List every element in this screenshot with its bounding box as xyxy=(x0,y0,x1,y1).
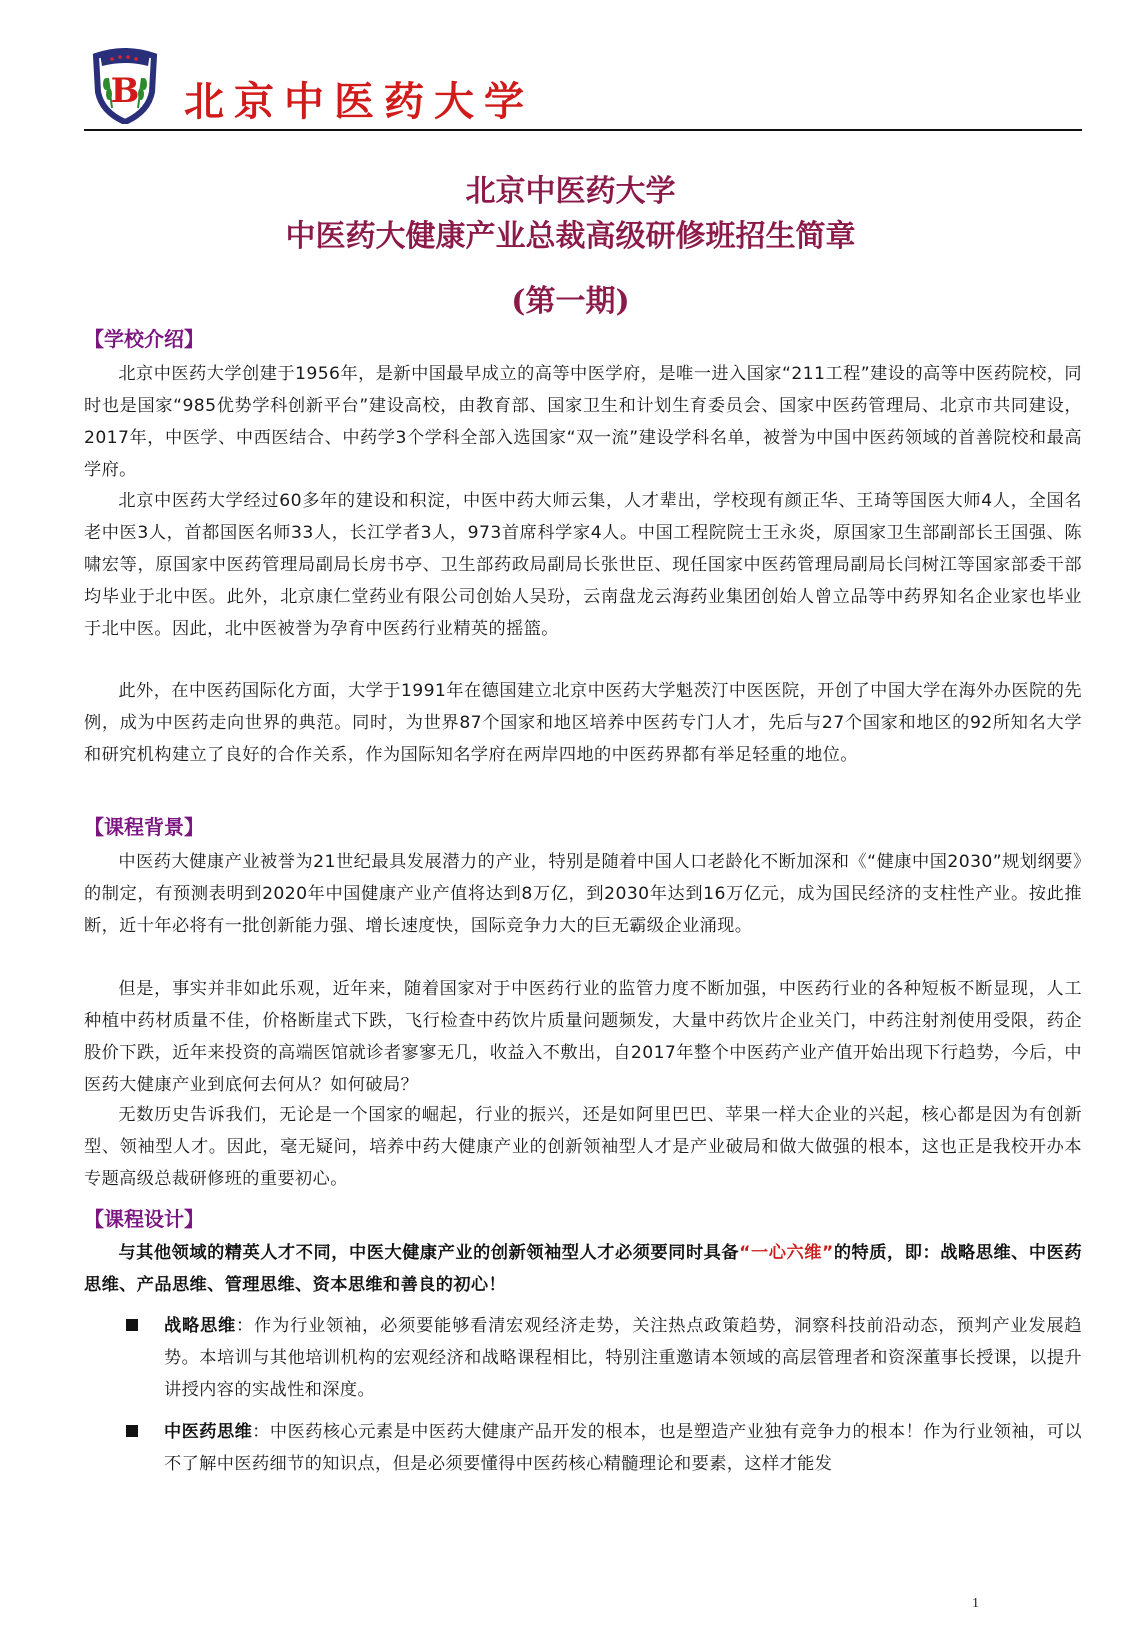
title-program: 中医药大健康产业总裁高级研修班招生简章 xyxy=(0,217,1141,257)
svg-text:B: B xyxy=(111,71,140,111)
paragraph-background-1: 中医药大健康产业被誉为21世纪最具发展潜力的产业，特别是随着中国人口老龄化不断加… xyxy=(84,846,1082,942)
bullet-text: ：中医药核心元素是中医药大健康产品开发的根本，也是塑造产业独有竞争力的根本！作为… xyxy=(164,1422,1082,1474)
section-heading-school-intro: 【学校介绍】 xyxy=(84,326,204,352)
paragraph-background-3: 无数历史告诉我们，无论是一个国家的崛起，行业的振兴，还是如阿里巴巴、苹果一样大企… xyxy=(84,1099,1082,1195)
header-divider xyxy=(84,129,1082,131)
design-intro-highlight: “一心六维” xyxy=(739,1243,834,1263)
title-session: (第一期) xyxy=(0,282,1141,322)
bullet-text: ：作为行业领袖，必须要能够看清宏观经济走势，关注热点政策趋势，洞察科技前沿动态，… xyxy=(164,1316,1082,1400)
section-heading-course-background: 【课程背景】 xyxy=(84,814,204,840)
section-heading-course-design: 【课程设计】 xyxy=(84,1206,204,1232)
paragraph-background-2: 但是，事实并非如此乐观，近年来，随着国家对于中医药行业的监管力度不断加强，中医药… xyxy=(84,973,1082,1101)
paragraph-school-intro-3: 此外，在中医药国际化方面，大学于1991年在德国建立北京中医药大学魁茨汀中医医院… xyxy=(84,675,1082,771)
design-intro-before: 与其他领域的精英人才不同，中医大健康产业的创新领袖型人才必须要同时具备 xyxy=(118,1243,739,1263)
university-shield-crest-icon: B xyxy=(92,48,158,124)
bullet-term: 中医药思维 xyxy=(164,1422,252,1442)
page-number: 1 xyxy=(972,1596,979,1612)
university-brand-name: 北京中医药大学 xyxy=(184,78,534,126)
letterhead: B 北京中医药大学 xyxy=(84,48,1084,130)
paragraph-design-intro: 与其他领域的精英人才不同，中医大健康产业的创新领袖型人才必须要同时具备“一心六维… xyxy=(84,1237,1082,1301)
paragraph-school-intro-1: 北京中医药大学创建于1956年，是新中国最早成立的高等中医学府，是唯一进入国家“… xyxy=(84,358,1082,486)
document-page: B 北京中医药大学 北京中医药大学 中医药大健康产业总裁高级研修班招生简章 (第… xyxy=(0,0,1141,1638)
square-bullet-icon xyxy=(126,1319,138,1331)
square-bullet-icon xyxy=(126,1425,138,1437)
title-university: 北京中医药大学 xyxy=(0,172,1141,212)
paragraph-school-intro-2: 北京中医药大学经过60多年的建设和积淀，中医中药大师云集，人才辈出，学校现有颜正… xyxy=(84,485,1082,645)
bullet-term: 战略思维 xyxy=(164,1316,236,1336)
